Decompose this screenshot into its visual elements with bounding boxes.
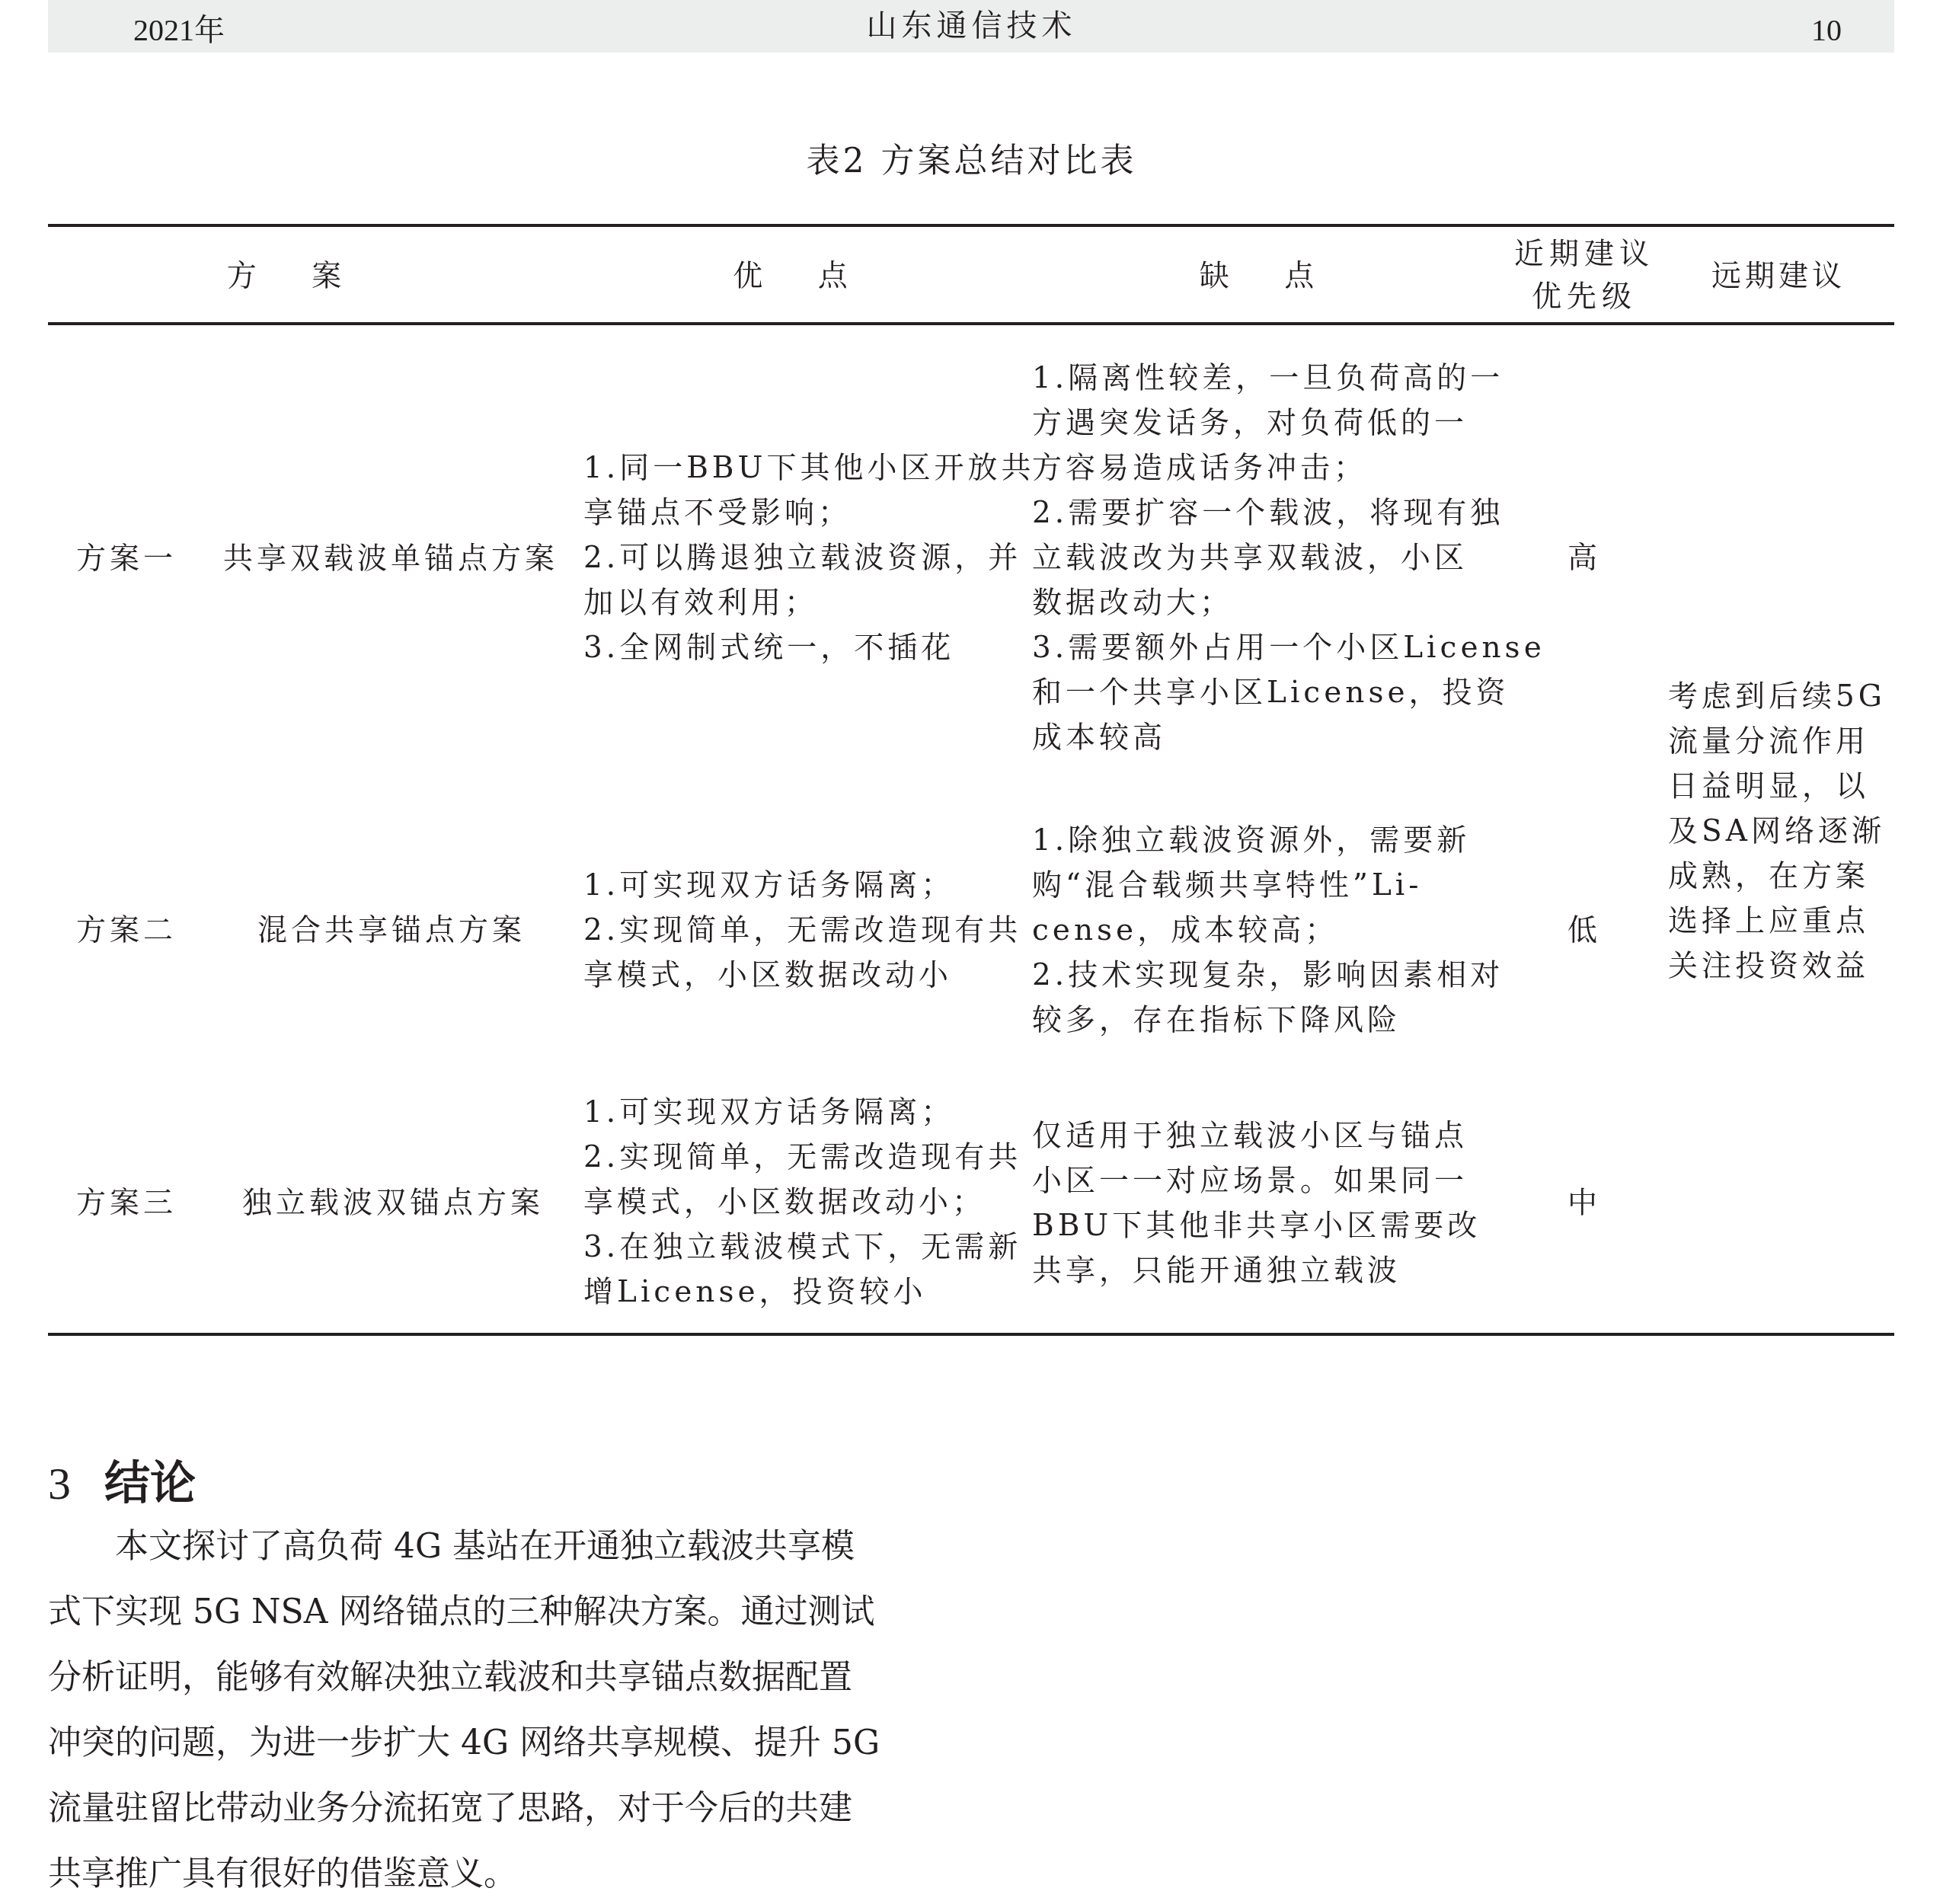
row-scheme-name: 混合共享锚点方案 xyxy=(257,908,526,953)
paragraph-line: 冲突的问题，为进一步扩大 4G 网络共享规模、提升 5G xyxy=(48,1711,954,1776)
column-header-priority-line1: 近期建议 xyxy=(1514,233,1654,276)
cons-line: 2.需要扩容一个载波，将现有独 xyxy=(1032,490,1545,535)
row-priority: 高 xyxy=(1504,535,1664,580)
pros-line: 加以有效利用； xyxy=(583,580,1034,625)
header-journal-title: 山东通信技术 xyxy=(0,6,1943,46)
row-priority: 低 xyxy=(1504,908,1664,953)
cons-line: 购“混合载频共享特性”Li- xyxy=(1032,863,1504,908)
cons-line: cense，成本较高； xyxy=(1032,908,1504,953)
column-header-long-term: 远期建议 xyxy=(1664,228,1893,323)
column-header-scheme: 方 案 xyxy=(48,228,543,323)
pros-line: 1.可实现双方话务隔离； xyxy=(583,1090,1021,1135)
cons-line: 小区一一对应场景。如果同一 xyxy=(1032,1158,1481,1203)
pros-line: 2.实现简单，无需改造现有共 xyxy=(583,1135,1021,1180)
cons-line: 立载波改为共享双载波，小区 xyxy=(1032,535,1545,580)
row-cons: 仅适用于独立载波小区与锚点 小区一一对应场景。如果同一 BBU下其他非共享小区需… xyxy=(1032,1113,1481,1293)
section-number: 3 xyxy=(48,1458,71,1509)
cons-line: 仅适用于独立载波小区与锚点 xyxy=(1032,1113,1481,1158)
column-header-long-term-label: 远期建议 xyxy=(1711,254,1846,299)
cons-line: 成本较高 xyxy=(1032,715,1545,760)
column-header-priority: 近期建议 优先级 xyxy=(1504,228,1664,323)
advice-line: 关注投资效益 xyxy=(1668,944,1886,989)
paragraph-line: 共享推广具有很好的借鉴意义。 xyxy=(48,1842,954,1904)
table-bottom-rule xyxy=(48,1333,1894,1336)
cons-line: 和一个共享小区License，投资 xyxy=(1032,670,1545,715)
cons-line: 2.技术实现复杂，影响因素相对 xyxy=(1032,953,1504,998)
row-scheme-id: 方案三 xyxy=(76,1180,177,1225)
pros-line: 享模式，小区数据改动小 xyxy=(583,953,1021,998)
row-cons: 1.除独立载波资源外，需要新 购“混合载频共享特性”Li- cense，成本较高… xyxy=(1032,818,1504,1043)
pros-line: 2.实现简单，无需改造现有共 xyxy=(583,908,1021,953)
advice-line: 成熟，在方案 xyxy=(1668,854,1886,899)
row-pros: 1.同一BBU下其他小区开放共 享锚点不受影响； 2.可以腾退独立载波资源，并 … xyxy=(583,446,1034,670)
pros-line: 享锚点不受影响； xyxy=(583,490,1034,535)
cons-line: BBU下其他非共享小区需要改 xyxy=(1032,1203,1481,1248)
pros-line: 1.可实现双方话务隔离； xyxy=(583,863,1021,908)
row-cons: 1.隔离性较差，一旦负荷高的一 方遇突发话务，对负荷低的一 方容易造成话务冲击；… xyxy=(1032,356,1545,760)
advice-line: 选择上应重点 xyxy=(1668,899,1886,944)
header-page-number: 10 xyxy=(1811,11,1842,50)
row-scheme-id: 方案二 xyxy=(76,908,177,953)
conclusion-paragraph: 本文探讨了高负荷 4G 基站在开通独立载波共享模 式下实现 5G NSA 网络锚… xyxy=(48,1514,954,1904)
column-header-priority-line2: 优先级 xyxy=(1532,276,1637,318)
long-term-advice: 考虑到后续5G 流量分流作用 日益明显，以 及SA网络逐渐 成熟，在方案 选择上… xyxy=(1668,674,1886,989)
pros-line: 增License，投资较小 xyxy=(583,1270,1021,1315)
row-scheme-id: 方案一 xyxy=(76,535,177,581)
section-heading: 3结论 xyxy=(48,1447,196,1513)
advice-line: 流量分流作用 xyxy=(1668,719,1886,764)
paragraph-line: 流量驻留比带动业务分流拓宽了思路，对于今后的共建 xyxy=(48,1776,954,1842)
pros-line: 2.可以腾退独立载波资源，并 xyxy=(583,535,1034,580)
pros-line: 享模式，小区数据改动小； xyxy=(583,1180,1021,1225)
advice-line: 考虑到后续5G xyxy=(1668,674,1886,719)
cons-line: 1.除独立载波资源外，需要新 xyxy=(1032,818,1504,863)
pros-line: 1.同一BBU下其他小区开放共 xyxy=(583,446,1034,490)
row-scheme-name: 独立载波双锚点方案 xyxy=(242,1180,544,1225)
row-priority: 中 xyxy=(1504,1180,1664,1225)
advice-line: 日益明显，以 xyxy=(1668,764,1886,809)
column-header-scheme-label: 方 案 xyxy=(227,254,364,299)
column-header-pros-label: 优 点 xyxy=(733,254,870,299)
advice-line: 及SA网络逐渐 xyxy=(1668,809,1886,854)
column-header-cons: 缺 点 xyxy=(1032,228,1504,323)
section-title: 结论 xyxy=(104,1457,196,1510)
row-pros: 1.可实现双方话务隔离； 2.实现简单，无需改造现有共 享模式，小区数据改动小 xyxy=(583,863,1021,998)
row-pros: 1.可实现双方话务隔离； 2.实现简单，无需改造现有共 享模式，小区数据改动小；… xyxy=(583,1090,1021,1315)
cons-line: 3.需要额外占用一个小区License xyxy=(1032,625,1545,670)
pros-line: 3.在独立载波模式下，无需新 xyxy=(583,1225,1021,1270)
pros-line: 3.全网制式统一，不插花 xyxy=(583,625,1034,670)
table-caption: 表2 方案总结对比表 xyxy=(0,133,1943,182)
table-top-rule xyxy=(48,224,1894,227)
cons-line: 较多，存在指标下降风险 xyxy=(1032,998,1504,1043)
paragraph-line: 本文探讨了高负荷 4G 基站在开通独立载波共享模 xyxy=(48,1514,954,1580)
cons-line: 数据改动大； xyxy=(1032,580,1545,625)
cons-line: 共享，只能开通独立载波 xyxy=(1032,1248,1481,1293)
paragraph-line: 式下实现 5G NSA 网络锚点的三种解决方案。通过测试 xyxy=(48,1580,954,1645)
cons-line: 方遇突发话务，对负荷低的一 xyxy=(1032,401,1545,446)
column-header-pros: 优 点 xyxy=(583,228,1021,323)
column-header-cons-label: 缺 点 xyxy=(1200,254,1337,299)
row-scheme-name: 共享双载波单锚点方案 xyxy=(223,535,558,581)
cons-line: 1.隔离性较差，一旦负荷高的一 xyxy=(1032,356,1545,401)
paragraph-line: 分析证明，能够有效解决独立载波和共享锚点数据配置 xyxy=(48,1645,954,1711)
cons-line: 方容易造成话务冲击； xyxy=(1032,446,1545,490)
